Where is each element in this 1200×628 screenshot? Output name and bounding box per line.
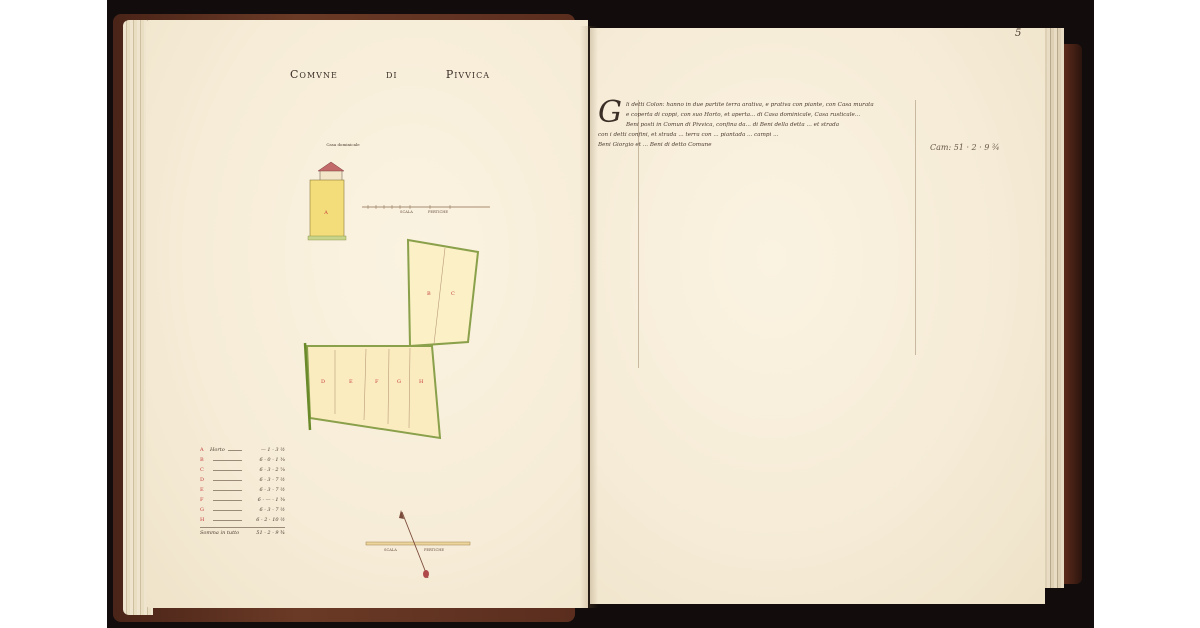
entry-line: e coperta di coppi, con suo Horto, et ap…	[598, 110, 938, 120]
svg-text:PERTICHE: PERTICHE	[424, 548, 444, 552]
svg-text:B: B	[427, 291, 431, 297]
entry-line: li detti Colon: hanno in due partite ter…	[598, 100, 938, 110]
svg-text:H: H	[419, 379, 424, 385]
legend-row: H 6 · 2 · 10 ½	[200, 515, 285, 525]
area-legend: A Horto — 1 · 3 ½ B 6 · 0 · 1 ⅜ C 6 · 3 …	[200, 445, 285, 538]
decorated-initial: G	[598, 100, 622, 126]
svg-text:G: G	[397, 379, 401, 385]
page-number: 5	[1015, 28, 1021, 39]
svg-text:C: C	[451, 291, 455, 297]
entry-area-value: Cam: 51 · 2 · 9 ¾	[930, 143, 1000, 152]
legend-row: A Horto — 1 · 3 ½	[200, 445, 285, 455]
svg-text:PERTICHE: PERTICHE	[428, 210, 448, 214]
entry-line: Beni Giorgio et ... Beni di detto Comune	[598, 140, 938, 150]
entry-line: con i detti confini, et strada ... terra…	[598, 130, 938, 140]
entry-line: Beni posti in Comun di Pivvica, confina …	[598, 120, 938, 130]
svg-text:A: A	[323, 210, 328, 216]
svg-text:E: E	[349, 379, 353, 385]
legend-row: D 6 · 3 · 7 ½	[200, 475, 285, 485]
house-icon	[318, 162, 344, 182]
legend-row: G 6 · 3 · 7 ½	[200, 505, 285, 515]
svg-text:SCALA: SCALA	[400, 210, 413, 214]
legend-total: Somma in tutto 51 · 2 · 9 ¾	[200, 527, 285, 538]
legend-row: E 6 · 3 · 7 ½	[200, 485, 285, 495]
legend-row: F 6 · — · 1 ⅜	[200, 495, 285, 505]
svg-text:F: F	[375, 379, 379, 385]
svg-text:D: D	[321, 379, 325, 385]
svg-text:SCALA: SCALA	[384, 548, 397, 552]
legend-row: C 6 · 3 · 2 ⅝	[200, 465, 285, 475]
register-entry: G li detti Colon: hanno in due partite t…	[598, 100, 938, 150]
legend-row: B 6 · 0 · 1 ⅜	[200, 455, 285, 465]
